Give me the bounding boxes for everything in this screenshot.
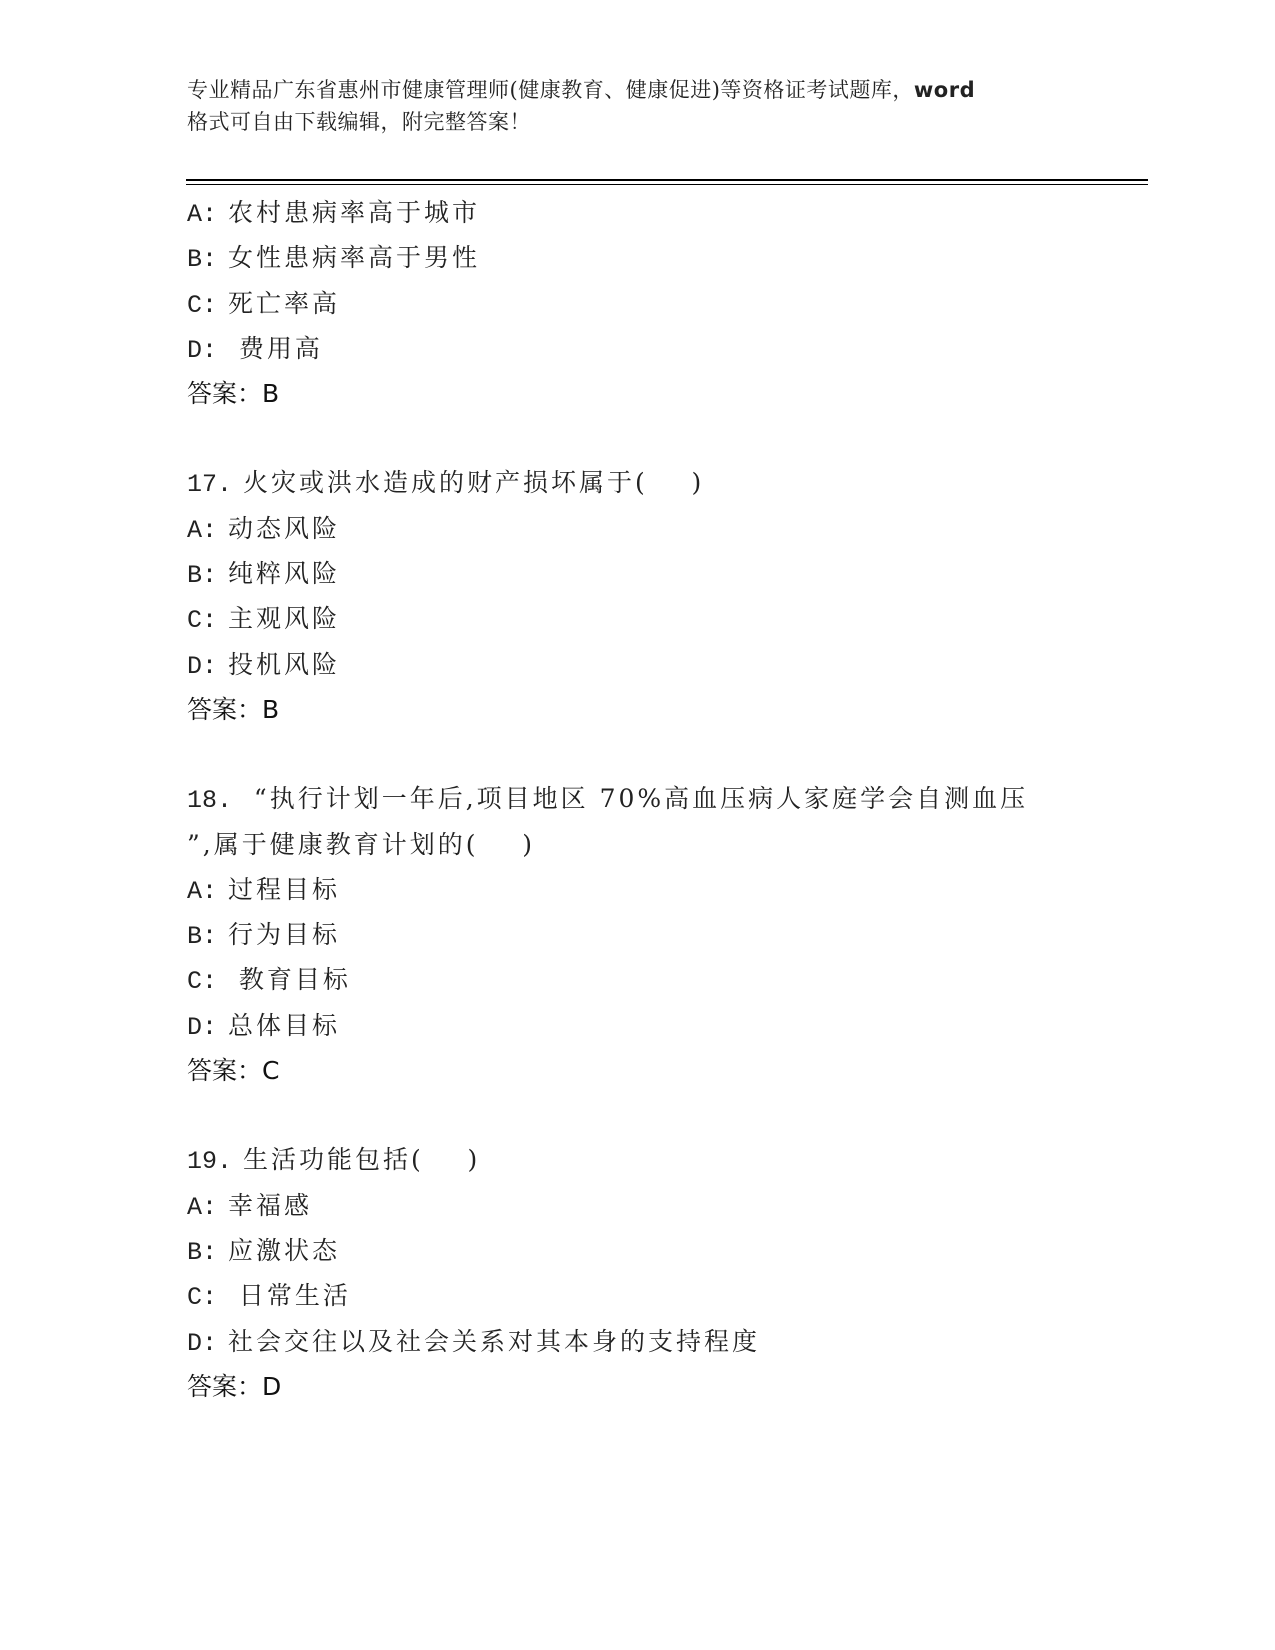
answer-line: 答案：D bbox=[187, 1364, 1147, 1409]
question-text: “执行计划一年后,项目地区 70%高血压病人家庭学会自测血压 bbox=[232, 784, 1028, 813]
option-text: 女性患病率高于男性 bbox=[217, 243, 480, 272]
option-text: 费用高 bbox=[217, 334, 323, 363]
option-text: 日常生活 bbox=[217, 1281, 351, 1310]
question-text: 生活功能包括( ) bbox=[232, 1145, 480, 1174]
option-text: 幸福感 bbox=[217, 1191, 312, 1220]
option-a: A: 农村患病率高于城市 bbox=[187, 190, 1147, 235]
question-stem: 17. 火灾或洪水造成的财产损坏属于( ) bbox=[187, 460, 1147, 505]
option-text: 农村患病率高于城市 bbox=[217, 198, 480, 227]
question-stem: 19. 生活功能包括( ) bbox=[187, 1137, 1147, 1182]
question-19: 19. 生活功能包括( ) A: 幸福感 B: 应激状态 C: 日常生活 D: … bbox=[187, 1137, 1147, 1409]
question-list: A: 农村患病率高于城市 B: 女性患病率高于男性 C: 死亡率高 D: 费用高… bbox=[187, 190, 1147, 1409]
question-number: 19. bbox=[187, 1147, 232, 1176]
option-d: D: 总体目标 bbox=[187, 1003, 1147, 1048]
header-line-2: 格式可自由下载编辑，附完整答案！ bbox=[187, 106, 1087, 138]
option-a: A: 幸福感 bbox=[187, 1183, 1147, 1228]
option-label: B: bbox=[187, 245, 217, 274]
document-page: 专业精品广东省惠州市健康管理师(健康教育、健康促进)等资格证考试题库，word … bbox=[0, 0, 1275, 1650]
option-text: 主观风险 bbox=[217, 604, 340, 633]
option-label: D: bbox=[187, 1329, 217, 1358]
option-label: A: bbox=[187, 200, 217, 229]
option-c: C: 日常生活 bbox=[187, 1273, 1147, 1318]
option-label: C: bbox=[187, 606, 217, 635]
header-title-text: 专业精品广东省惠州市健康管理师(健康教育、健康促进)等资格证考试题库， bbox=[187, 78, 914, 102]
option-text: 总体目标 bbox=[217, 1011, 340, 1040]
option-text: 应激状态 bbox=[217, 1236, 340, 1265]
header-word-text: word bbox=[914, 78, 975, 102]
option-c: C: 死亡率高 bbox=[187, 281, 1147, 326]
answer-line: 答案：C bbox=[187, 1048, 1147, 1093]
spacer bbox=[187, 416, 1147, 460]
option-label: D: bbox=[187, 336, 217, 365]
option-d: D: 投机风险 bbox=[187, 642, 1147, 687]
option-b: B: 女性患病率高于男性 bbox=[187, 235, 1147, 280]
option-text: 死亡率高 bbox=[217, 289, 340, 318]
question-number: 17. bbox=[187, 470, 232, 499]
option-text: 教育目标 bbox=[217, 965, 351, 994]
option-text: 纯粹风险 bbox=[217, 559, 340, 588]
spacer bbox=[187, 732, 1147, 776]
option-d: D: 社会交往以及社会关系对其本身的支持程度 bbox=[187, 1319, 1147, 1364]
option-b: B: 行为目标 bbox=[187, 912, 1147, 957]
option-label: C: bbox=[187, 1283, 217, 1312]
option-label: A: bbox=[187, 877, 217, 906]
option-text: 过程目标 bbox=[217, 875, 340, 904]
option-b: B: 应激状态 bbox=[187, 1228, 1147, 1273]
option-text: 动态风险 bbox=[217, 514, 340, 543]
option-label: D: bbox=[187, 1013, 217, 1042]
question-text: 火灾或洪水造成的财产损坏属于( ) bbox=[232, 468, 704, 497]
answer-line: 答案：B bbox=[187, 687, 1147, 732]
question-16-continued: A: 农村患病率高于城市 B: 女性患病率高于男性 C: 死亡率高 D: 费用高… bbox=[187, 190, 1147, 416]
option-label: A: bbox=[187, 516, 217, 545]
option-text: 行为目标 bbox=[217, 920, 340, 949]
option-c: C: 教育目标 bbox=[187, 957, 1147, 1002]
question-18: 18. “执行计划一年后,项目地区 70%高血压病人家庭学会自测血压 ”,属于健… bbox=[187, 776, 1147, 1093]
answer-line: 答案：B bbox=[187, 371, 1147, 416]
option-label: C: bbox=[187, 291, 217, 320]
option-label: D: bbox=[187, 652, 217, 681]
question-stem: 18. “执行计划一年后,项目地区 70%高血压病人家庭学会自测血压 bbox=[187, 776, 1147, 821]
option-text: 社会交往以及社会关系对其本身的支持程度 bbox=[217, 1327, 760, 1356]
header-divider-thin bbox=[186, 184, 1148, 185]
option-a: A: 过程目标 bbox=[187, 867, 1147, 912]
document-header: 专业精品广东省惠州市健康管理师(健康教育、健康促进)等资格证考试题库，word … bbox=[187, 74, 1087, 138]
option-c: C: 主观风险 bbox=[187, 596, 1147, 641]
header-divider-thick bbox=[186, 179, 1148, 181]
question-17: 17. 火灾或洪水造成的财产损坏属于( ) A: 动态风险 B: 纯粹风险 C:… bbox=[187, 460, 1147, 732]
option-a: A: 动态风险 bbox=[187, 506, 1147, 551]
question-number: 18. bbox=[187, 786, 232, 815]
option-label: C: bbox=[187, 967, 217, 996]
header-line-1: 专业精品广东省惠州市健康管理师(健康教育、健康促进)等资格证考试题库，word bbox=[187, 74, 1087, 106]
option-d: D: 费用高 bbox=[187, 326, 1147, 371]
option-label: B: bbox=[187, 922, 217, 951]
spacer bbox=[187, 1093, 1147, 1137]
question-stem-continued: ”,属于健康教育计划的( ) bbox=[187, 822, 1147, 867]
option-text: 投机风险 bbox=[217, 650, 340, 679]
option-label: A: bbox=[187, 1193, 217, 1222]
option-label: B: bbox=[187, 1238, 217, 1267]
option-b: B: 纯粹风险 bbox=[187, 551, 1147, 596]
option-label: B: bbox=[187, 561, 217, 590]
